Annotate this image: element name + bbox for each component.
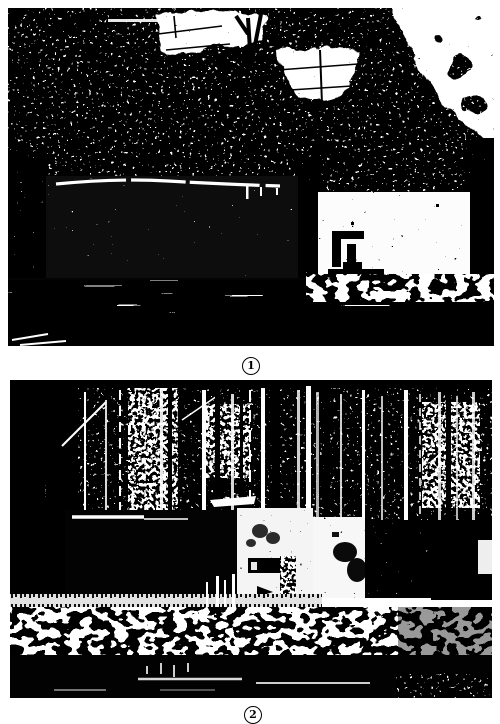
stone-embankment bbox=[10, 607, 492, 657]
bunker-photo-2 bbox=[10, 380, 492, 698]
figure-2-caption: 2 bbox=[3, 703, 500, 724]
bunker-photo-1-art bbox=[8, 8, 494, 346]
bunker-photo-2-art bbox=[10, 380, 492, 698]
stony-ground bbox=[8, 274, 494, 346]
bunker-white-face bbox=[318, 192, 470, 278]
water-foreground bbox=[10, 655, 492, 698]
tree-canopy bbox=[8, 8, 494, 196]
bunker-photo-1 bbox=[8, 8, 494, 346]
figure-2-number: 2 bbox=[249, 709, 257, 720]
bunker-dark-face bbox=[46, 176, 298, 284]
figure-1-number: 1 bbox=[247, 360, 255, 371]
figure-2-number-badge: 2 bbox=[244, 706, 262, 724]
figure-1-number-badge: 1 bbox=[242, 357, 260, 375]
page: 1 bbox=[0, 0, 500, 724]
figure-1-caption: 1 bbox=[1, 354, 500, 375]
